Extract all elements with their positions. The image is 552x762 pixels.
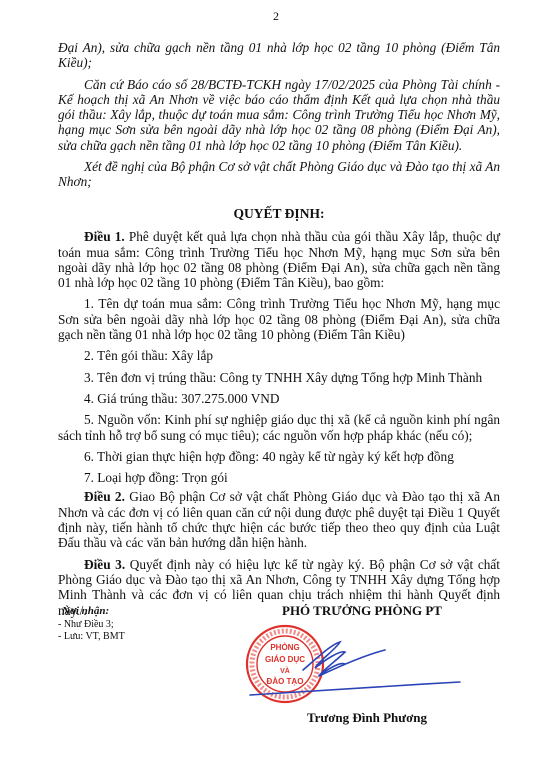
decision-body: QUYẾT ĐỊNH: Điều 1. Phê duyệt kết quả lự… [58,206,500,618]
preamble-continuation: Đại An), sửa chữa gạch nền tầng 01 nhà l… [58,40,500,71]
article-2-label: Điều 2. [84,489,125,504]
recipient-item: - Như Điều 3; [58,619,114,630]
article-1-label: Điều 1. [84,229,125,244]
article-3-label: Điều 3. [84,557,125,572]
svg-text:GIÁO DỤC: GIÁO DỤC [265,655,305,664]
svg-text:ĐÀO TẠO: ĐÀO TẠO [267,677,304,686]
signer-name: Trương Đình Phương [292,710,442,726]
recipients-title: Nơi nhận: [62,605,109,617]
decision-title: QUYẾT ĐỊNH: [58,206,500,221]
article-1-item: 7. Loại hợp đồng: Trọn gói [58,470,500,485]
article-2-text: Giao Bộ phận Cơ sở vật chất Phòng Giáo d… [58,489,500,550]
svg-text:PHÒNG: PHÒNG [270,643,299,652]
proposal-consideration: Xét đề nghị của Bộ phận Cơ sở vật chất P… [58,159,500,190]
article-1-item: 1. Tên dự toán mua sắm: Công trình Trườn… [58,296,500,342]
article-1-item: 6. Thời gian thực hiện hợp đồng: 40 ngày… [58,449,500,464]
signer-title: PHÓ TRƯỞNG PHÒNG PT [282,603,442,619]
article-1-item: 4. Giá trúng thầu: 307.275.000 VND [58,391,500,406]
article-1-item: 5. Nguồn vốn: Kinh phí sự nghiệp giáo dụ… [58,412,500,443]
article-2: Điều 2. Giao Bộ phận Cơ sở vật chất Phòn… [58,489,500,550]
article-1-item: 3. Tên đơn vị trúng thầu: Công ty TNHH X… [58,370,500,385]
official-stamp-and-signature: PHÒNG GIÁO DỤC VÀ ĐÀO TẠO [245,620,475,710]
article-1-item: 2. Tên gói thầu: Xây lắp [58,348,500,363]
preamble: Đại An), sửa chữa gạch nền tầng 01 nhà l… [58,40,500,190]
article-1: Điều 1. Phê duyệt kết quả lựa chọn nhà t… [58,229,500,290]
article-1-text: Phê duyệt kết quả lựa chọn nhà thầu của … [58,229,500,290]
page-number: 2 [0,9,552,24]
recipient-item: - Lưu: VT, BMT [58,631,125,642]
legal-basis-report: Căn cứ Báo cáo số 28/BCTĐ-TCKH ngày 17/0… [58,77,500,153]
svg-text:VÀ: VÀ [280,666,290,675]
